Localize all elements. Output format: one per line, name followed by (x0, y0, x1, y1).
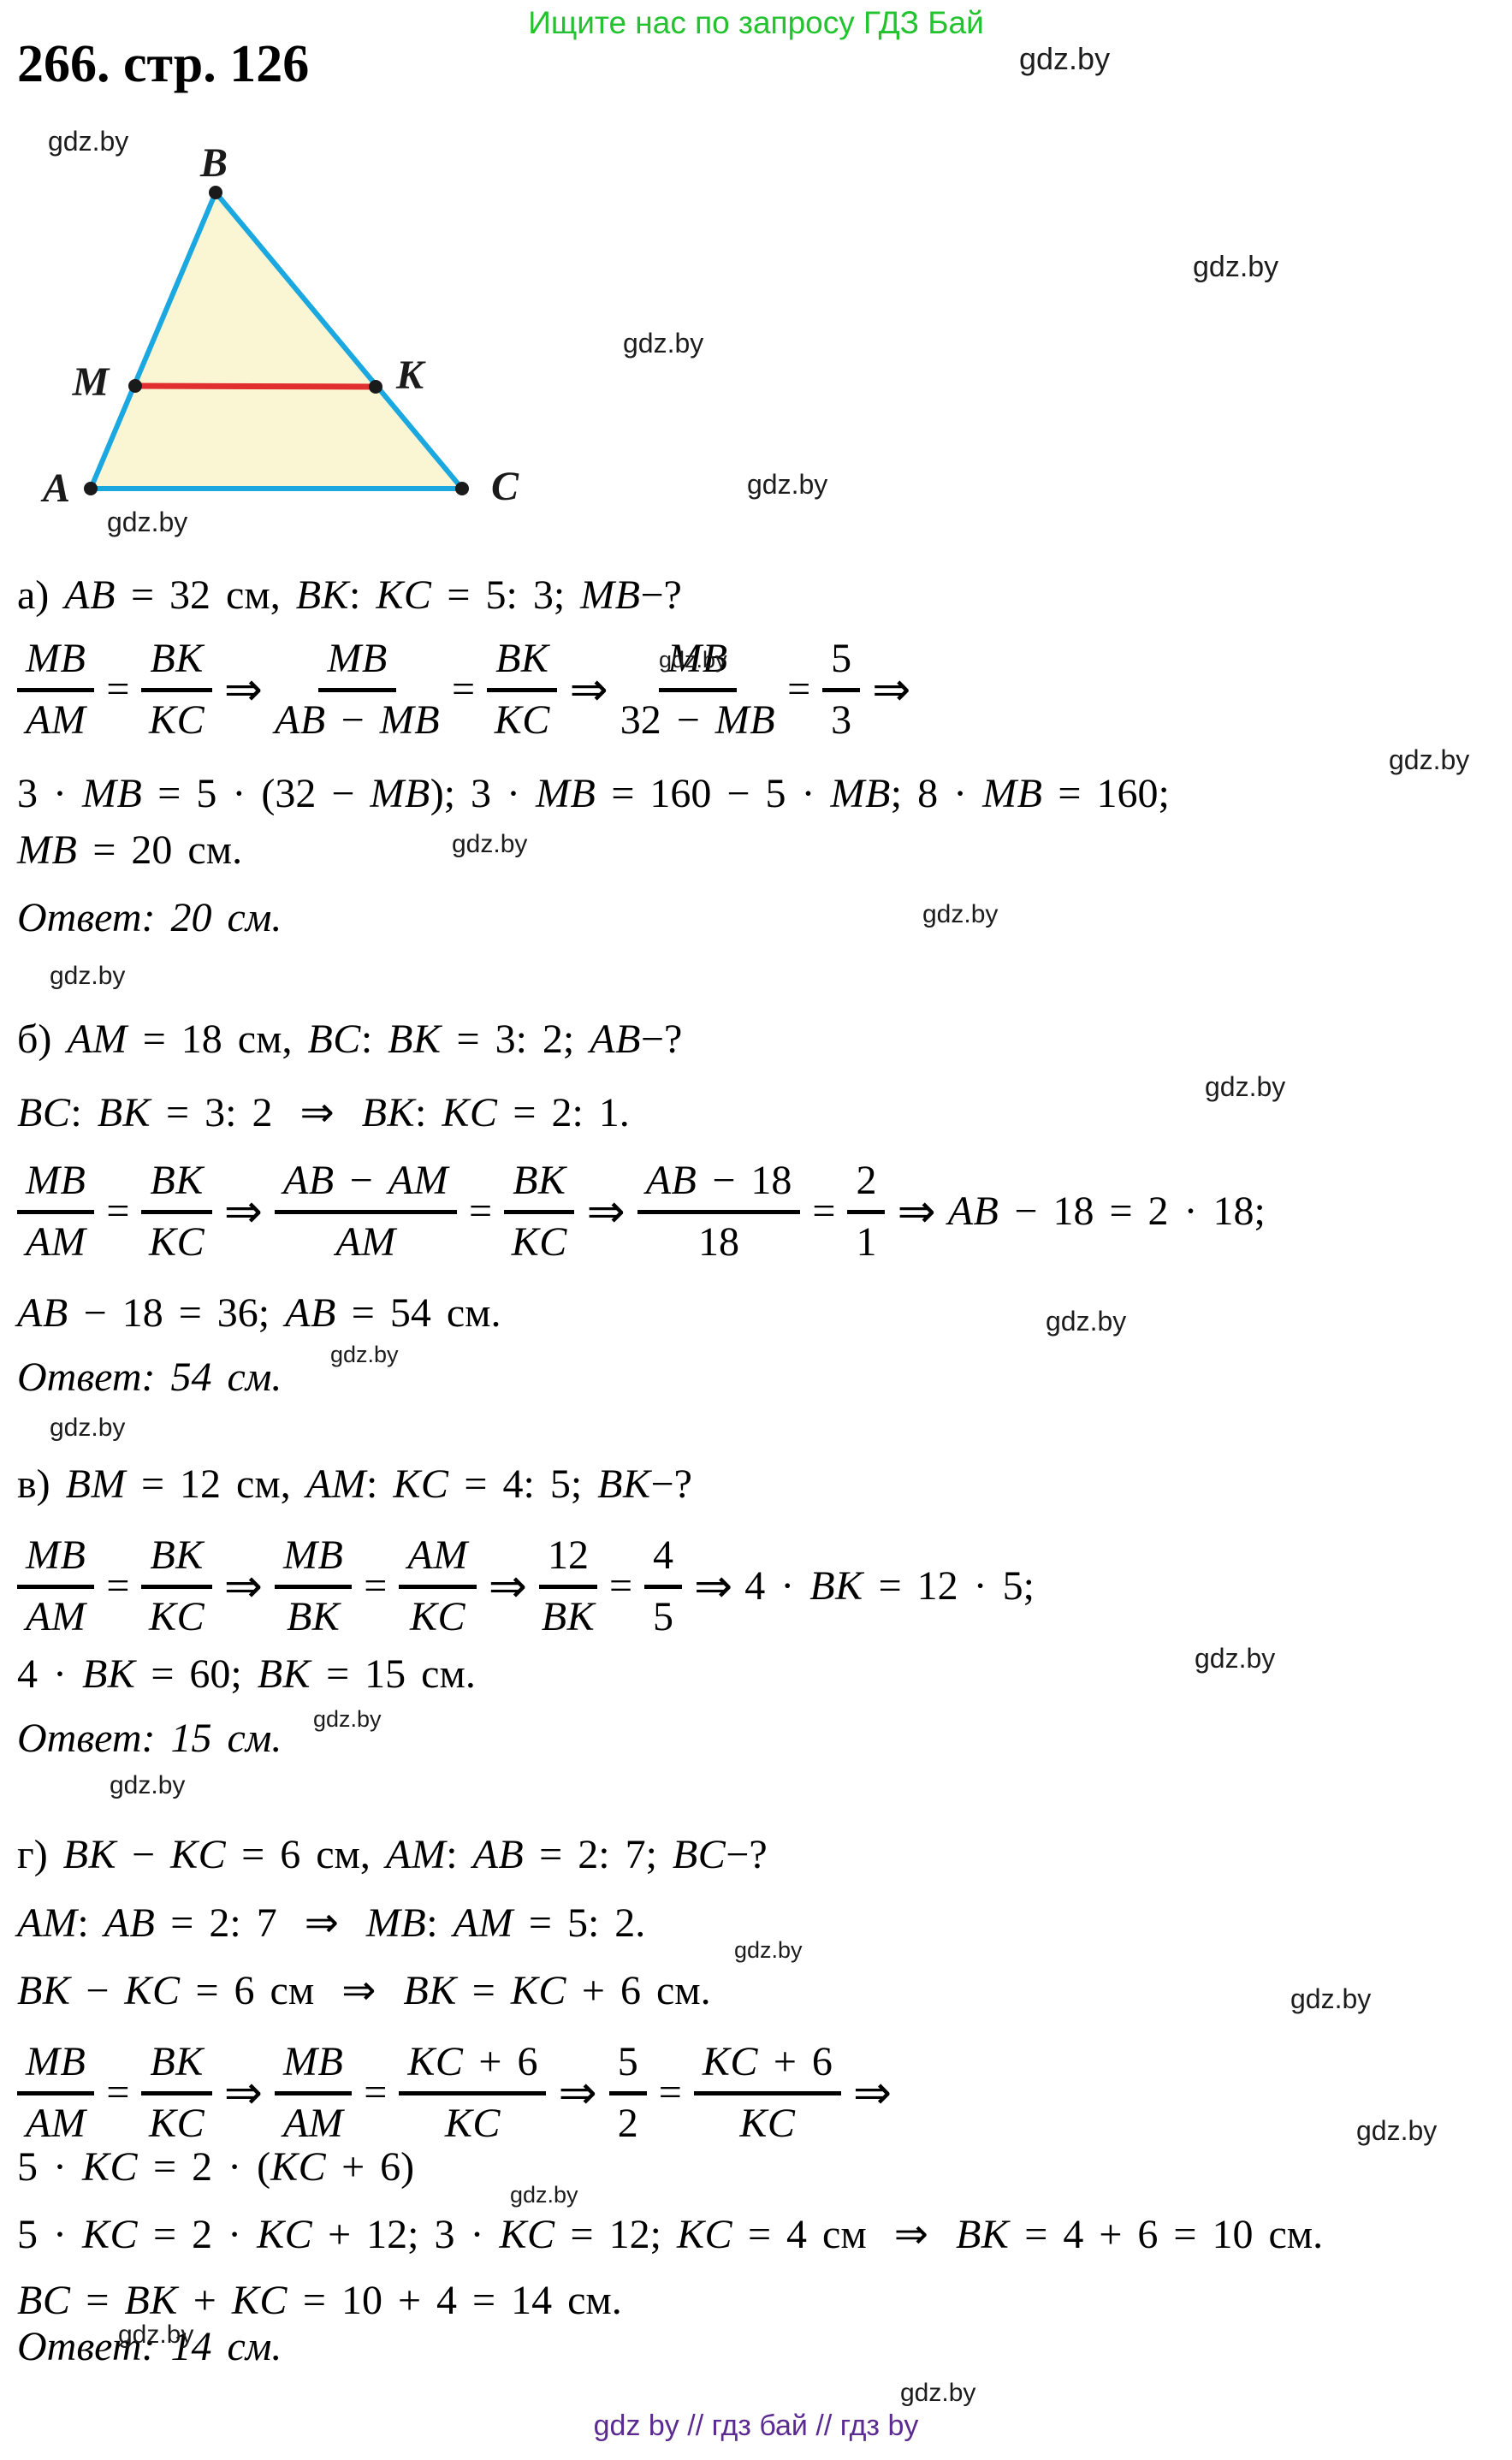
vertex-dot-a (84, 482, 98, 495)
watermark: gdz.by (734, 1937, 803, 1964)
fraction-denominator: 3 (831, 692, 851, 742)
math-variable: MB (283, 1532, 343, 1578)
math-variable: KC (500, 2212, 555, 2257)
math-variable: KC (82, 2212, 138, 2257)
equals-sign: = (106, 1562, 129, 1609)
vertex-label-a: A (40, 465, 70, 511)
fraction-denominator: KC (149, 2095, 205, 2145)
math-variable: AB (948, 1189, 999, 1234)
implies-arrow-icon: ⇒ (694, 1559, 732, 1613)
math-variable: MB (26, 2039, 86, 2084)
fraction-denominator: 32 − MB (620, 692, 775, 742)
math-variable: KC (511, 1968, 566, 2013)
math-variable: MB (715, 697, 775, 743)
math-variable: AM (17, 1900, 77, 1946)
fraction-numerator: 12 (539, 1532, 597, 1588)
math-variable: BK (150, 2039, 203, 2084)
equals-sign: = (787, 666, 810, 713)
math-line: BK − KC = 6 см ⇒ BK = KC + 6 см. (17, 1966, 711, 2014)
math-variable: AM (26, 1594, 86, 1639)
fraction: KC + 6KC (399, 2039, 546, 2145)
math-text: AB − 18 = 2 · 18; (948, 1188, 1266, 1235)
fraction-numerator: MB (17, 636, 94, 691)
fraction-denominator: AM (26, 1589, 86, 1639)
fraction: 52 (609, 2039, 647, 2145)
fraction-numerator: BK (141, 636, 211, 691)
fraction: 53 (822, 636, 860, 742)
math-line: 4 · BK = 60; BK = 15 см. (17, 1651, 476, 1698)
fraction-denominator: AM (335, 1214, 395, 1264)
vertex-label-b: B (199, 140, 228, 186)
watermark: gdz.by (1046, 1306, 1126, 1337)
vertex-dot-m (128, 379, 142, 393)
math-text: г) BK − KC = 6 см, AM: AB = 2: 7; BC−? (17, 1832, 768, 1877)
watermark: gdz.by (50, 962, 125, 991)
equals-sign: = (106, 666, 129, 713)
implies-arrow-icon: ⇒ (224, 1184, 263, 1238)
math-line: AM: AB = 2: 7 ⇒ MB: AM = 5: 2. (17, 1899, 645, 1947)
math-variable: KC (149, 2101, 205, 2146)
fraction-denominator: KC (149, 1589, 205, 1639)
fraction-denominator: AM (26, 692, 86, 742)
math-variable: KC (149, 1594, 205, 1639)
equals-sign: = (812, 1188, 835, 1235)
answer-line: Ответ: 15 см. (17, 1715, 282, 1762)
math-line: BC: BK = 3: 2 ⇒ BK: KC = 2: 1. (17, 1088, 630, 1136)
math-variable: AB (104, 1900, 156, 1946)
fraction-denominator: KC (445, 2095, 501, 2145)
math-variable: BK (362, 1090, 415, 1135)
math-text: Ответ: 15 см. (17, 1716, 282, 1761)
math-variable: KC (170, 1832, 226, 1877)
math-variable: BK (287, 1594, 340, 1639)
fraction-denominator: KC (410, 1589, 465, 1639)
watermark: gdz.by (922, 900, 998, 929)
fraction: MBAM (17, 1158, 94, 1264)
fraction: MBAM (275, 2039, 352, 2145)
math-variable: MB (366, 1900, 426, 1946)
implies-arrow-icon: ⇒ (299, 1088, 334, 1136)
math-variable: AM (283, 2101, 343, 2146)
math-line: MBAM=BKKC⇒MBAB − MB=BKKC⇒MB32 − MB=53⇒ (17, 620, 922, 757)
fraction: MBBK (275, 1532, 352, 1639)
math-variable: BK (150, 1532, 203, 1578)
math-variable: BK (82, 1651, 135, 1697)
triangle-shape (91, 193, 462, 489)
math-variable: AB (275, 697, 326, 743)
watermark: gdz.by (1290, 1983, 1371, 2015)
fraction: KC + 6KC (694, 2039, 841, 2145)
equals-sign: = (364, 1562, 387, 1609)
vertex-dot-b (209, 186, 222, 199)
fraction-numerator: KC + 6 (399, 2039, 546, 2095)
fraction: AB − 1818 (637, 1158, 801, 1264)
math-variable: BK (150, 1158, 203, 1203)
watermark: gdz.by (623, 328, 703, 359)
fraction-denominator: BK (287, 1589, 340, 1639)
implies-arrow-icon: ⇒ (586, 1184, 625, 1238)
fraction: BKKC (487, 636, 557, 742)
math-line: MBAM=BKKC⇒AB − AMAM=BKKC⇒AB − 1818=21⇒AB… (17, 1142, 1266, 1279)
implies-arrow-icon: ⇒ (305, 1899, 339, 1947)
math-text: BC = BK + KC = 10 + 4 = 14 см. (17, 2278, 622, 2323)
math-variable: BK (403, 1968, 456, 2013)
implies-arrow-icon: ⇒ (489, 1559, 527, 1613)
implies-arrow-icon: ⇒ (569, 662, 608, 716)
math-variable: AB (590, 1017, 641, 1062)
vertex-label-c: C (491, 464, 519, 509)
math-line: а) AB = 32 см, BK: KC = 5: 3; MB−? (17, 572, 682, 619)
math-text: MB = 20 см. (17, 827, 242, 873)
watermark: gdz.by (330, 1342, 399, 1368)
watermark: gdz.by (1019, 41, 1110, 77)
math-text: Ответ: 20 см. (17, 895, 282, 940)
watermark: gdz.by (1193, 251, 1278, 284)
math-text: 5 · KC = 2 · KC + 12; 3 · KC = 12; KC = … (17, 2212, 1323, 2257)
watermark: gdz.by (747, 469, 827, 501)
vertex-label-k: K (395, 353, 426, 398)
fraction-numerator: 4 (644, 1532, 682, 1588)
fraction-numerator: AB − 18 (637, 1158, 801, 1213)
fraction-denominator: 5 (653, 1589, 673, 1639)
fraction-numerator: MB (17, 1532, 94, 1588)
fraction-denominator: KC (149, 692, 205, 742)
math-variable: MB (380, 697, 440, 743)
fraction: MBAM (17, 1532, 94, 1639)
fraction: BKKC (141, 1158, 211, 1264)
math-variable: BK (124, 2278, 177, 2323)
math-variable: MB (26, 1158, 86, 1203)
implies-arrow-icon: ⇒ (224, 662, 263, 716)
math-variable: KC (82, 2144, 138, 2190)
fraction-numerator: KC + 6 (694, 2039, 841, 2095)
math-text: 4 · BK = 60; BK = 15 см. (17, 1651, 476, 1697)
implies-arrow-icon: ⇒ (224, 2066, 263, 2119)
math-variable: AB (473, 1832, 525, 1877)
math-line: MB = 20 см. (17, 827, 242, 874)
math-variable: KC (270, 2144, 326, 2190)
math-line: 5 · KC = 2 · (KC + 6) (17, 2143, 414, 2190)
implies-arrow-icon: ⇒ (894, 2210, 928, 2258)
math-variable: BK (597, 1461, 650, 1507)
equals-sign: = (659, 2069, 682, 2116)
watermark: gdz.by (1356, 2115, 1437, 2147)
fraction-numerator: BK (141, 2039, 211, 2095)
fraction: 45 (644, 1532, 682, 1639)
fraction-numerator: BK (141, 1158, 211, 1213)
math-variable: BK (513, 1158, 566, 1203)
math-variable: KC (739, 2101, 795, 2146)
fraction-numerator: MB (318, 636, 395, 691)
fraction-numerator: BK (487, 636, 557, 691)
fraction: BKKC (141, 636, 211, 742)
answer-line: Ответ: 54 см. (17, 1354, 282, 1401)
watermark: gdz.by (510, 2182, 578, 2208)
vertex-dot-k (369, 380, 382, 394)
math-text: а) AB = 32 см, BK: KC = 5: 3; MB−? (17, 572, 682, 618)
math-variable: MB (82, 771, 142, 816)
fraction-numerator: MB (275, 1532, 352, 1588)
midsegment-mk (135, 386, 376, 387)
math-variable: AM (454, 1900, 513, 1946)
watermark: gdz.by (50, 1414, 125, 1443)
vertex-label-m: M (72, 359, 111, 405)
math-variable: AM (26, 697, 86, 743)
math-variable: BK (809, 1563, 863, 1609)
implies-arrow-icon: ⇒ (341, 1966, 376, 2014)
implies-arrow-icon: ⇒ (224, 1559, 263, 1613)
math-variable: KC (393, 1461, 448, 1507)
math-variable: AB (283, 1158, 335, 1203)
math-variable: AM (386, 1832, 446, 1877)
math-variable: KC (407, 2039, 463, 2084)
math-text: BC: BK = 3: 2 ⇒ BK: KC = 2: 1. (17, 1090, 630, 1135)
fraction-numerator: BK (141, 1532, 211, 1588)
fraction: 12BK (539, 1532, 597, 1639)
equals-sign: = (452, 666, 475, 713)
math-variable: MB (580, 572, 640, 618)
math-variable: AM (335, 1219, 395, 1265)
math-variable: AB (646, 1158, 697, 1203)
math-variable: AM (26, 1219, 86, 1265)
implies-arrow-icon: ⇒ (853, 2066, 892, 2119)
math-variable: BK (956, 2212, 1009, 2257)
watermark: gdz.by (313, 1706, 382, 1733)
math-text: BK − KC = 6 см ⇒ BK = KC + 6 см. (17, 1968, 711, 2013)
math-variable: BK (388, 1017, 441, 1062)
watermark: gdz.by (452, 830, 527, 859)
equals-sign: = (469, 1188, 492, 1235)
math-variable: KC (410, 1594, 465, 1639)
math-text: AB − 18 = 36; AB = 54 см. (17, 1290, 501, 1336)
math-variable: KC (257, 2212, 312, 2257)
math-variable: MB (536, 771, 596, 816)
page-title: 266. стр. 126 (17, 34, 309, 95)
footer-text: gdz by // гдз бай // гдз by (0, 2410, 1512, 2443)
math-line: MBAM=BKKC⇒MBAM=KC + 6KC⇒52=KC + 6KC⇒ (17, 2024, 904, 2161)
math-variable: MB (17, 827, 77, 873)
fraction-numerator: AB − AM (275, 1158, 457, 1213)
math-variable: BK (495, 636, 548, 681)
fraction: BKKC (141, 1532, 211, 1639)
fraction-denominator: AB − MB (275, 692, 440, 742)
math-variable: KC (124, 1968, 180, 2013)
watermark: gdz.by (1389, 744, 1469, 776)
math-variable: MB (327, 636, 387, 681)
math-text: б) AM = 18 см, BC: BK = 3: 2; AB−? (17, 1017, 682, 1062)
fraction-denominator: 2 (618, 2095, 638, 2145)
equals-sign: = (106, 1188, 129, 1235)
implies-arrow-icon: ⇒ (872, 662, 910, 716)
math-variable: AM (388, 1158, 448, 1203)
math-text: 4 · BK = 12 · 5; (744, 1562, 1035, 1609)
math-variable: BC (17, 1090, 70, 1135)
math-variable: BC (673, 1832, 726, 1877)
math-variable: MB (283, 2039, 343, 2084)
page: Ищите нас по запросу ГДЗ Бай 266. стр. 1… (0, 0, 1512, 2460)
math-variable: AB (285, 1290, 336, 1336)
equals-sign: = (106, 2069, 129, 2116)
fraction-denominator: BK (542, 1589, 595, 1639)
math-variable: AM (306, 1461, 366, 1507)
math-variable: BC (307, 1017, 360, 1062)
math-line: б) AM = 18 см, BC: BK = 3: 2; AB−? (17, 1016, 682, 1063)
fraction-numerator: 2 (847, 1158, 885, 1213)
fraction: MBAB − MB (275, 636, 440, 742)
fraction-numerator: AM (399, 1532, 476, 1588)
math-variable: BK (150, 636, 203, 681)
fraction: AB − AMAM (275, 1158, 457, 1264)
math-variable: BK (542, 1594, 595, 1639)
math-variable: BK (296, 572, 349, 618)
triangle-diagram: ABCMK (0, 128, 599, 535)
math-variable: AB (64, 572, 116, 618)
math-variable: BK (98, 1090, 151, 1135)
math-variable: MB (370, 771, 430, 816)
math-variable: KC (149, 1219, 205, 1265)
math-variable: MB (26, 1532, 86, 1578)
math-line: AB − 18 = 36; AB = 54 см. (17, 1289, 501, 1337)
math-variable: KC (445, 2101, 501, 2146)
math-variable: AM (67, 1017, 127, 1062)
fraction: BKKC (504, 1158, 574, 1264)
equals-sign: = (364, 2069, 387, 2116)
fraction-denominator: 18 (698, 1214, 739, 1264)
math-line: 3 · MB = 5 · (32 − MB); 3 · MB = 160 − 5… (17, 770, 1170, 817)
fraction-numerator: MB (275, 2039, 352, 2095)
math-line: г) BK − KC = 6 см, AM: AB = 2: 7; BC−? (17, 1831, 768, 1878)
math-variable: BK (258, 1651, 311, 1697)
watermark: gdz.by (900, 2379, 975, 2408)
implies-arrow-icon: ⇒ (558, 2066, 596, 2119)
math-text: Ответ: 54 см. (17, 1354, 282, 1400)
math-variable: AM (407, 1532, 467, 1578)
fraction-denominator: KC (739, 2095, 795, 2145)
math-line: BC = BK + KC = 10 + 4 = 14 см. (17, 2277, 622, 2324)
math-line: 5 · KC = 2 · KC + 12; 3 · KC = 12; KC = … (17, 2210, 1323, 2258)
math-variable: BM (66, 1461, 126, 1507)
fraction: BKKC (141, 2039, 211, 2145)
fraction: 21 (847, 1158, 885, 1264)
math-variable: BK (17, 1968, 70, 2013)
fraction: MBAM (17, 2039, 94, 2145)
math-text: 3 · MB = 5 · (32 − MB); 3 · MB = 160 − 5… (17, 771, 1170, 816)
math-text: AM: AB = 2: 7 ⇒ MB: AM = 5: 2. (17, 1900, 645, 1946)
fraction-denominator: AM (26, 1214, 86, 1264)
fraction-denominator: AM (283, 2095, 343, 2145)
math-variable: MB (830, 771, 890, 816)
math-variable: BK (63, 1832, 116, 1877)
fraction-denominator: KC (495, 692, 550, 742)
math-variable: KC (232, 2278, 288, 2323)
watermark: gdz.by (1195, 1643, 1275, 1675)
fraction-numerator: 5 (822, 636, 860, 691)
math-variable: KC (149, 697, 205, 743)
watermark: gdz.by (48, 126, 128, 157)
fraction-numerator: BK (504, 1158, 574, 1213)
fraction-denominator: AM (26, 2095, 86, 2145)
math-variable: MB (26, 636, 86, 681)
math-variable: KC (376, 572, 431, 618)
implies-arrow-icon: ⇒ (897, 1184, 935, 1238)
math-variable: MB (982, 771, 1042, 816)
triangle-figure: ABCMK (0, 128, 599, 539)
watermark: gdz.by (107, 507, 187, 538)
watermark: gdz.by (659, 647, 727, 673)
math-line: в) BM = 12 см, AM: KC = 4: 5; BK−? (17, 1461, 692, 1508)
math-text: в) BM = 12 см, AM: KC = 4: 5; BK−? (17, 1461, 692, 1507)
watermark: gdz.by (118, 2321, 193, 2350)
math-variable: KC (677, 2212, 732, 2257)
math-variable: KC (495, 697, 550, 743)
watermark: gdz.by (110, 1771, 185, 1800)
math-variable: AB (17, 1290, 68, 1336)
vertex-dot-c (455, 482, 469, 495)
watermark: gdz.by (1205, 1071, 1285, 1103)
answer-line: Ответ: 20 см. (17, 894, 282, 941)
fraction-numerator: 5 (609, 2039, 647, 2095)
fraction: AMKC (399, 1532, 476, 1639)
fraction-numerator: MB (17, 1158, 94, 1213)
fraction: MBAM (17, 636, 94, 742)
fraction-denominator: 1 (856, 1214, 876, 1264)
math-variable: AM (26, 2101, 86, 2146)
math-variable: KC (703, 2039, 758, 2084)
math-variable: KC (512, 1219, 567, 1265)
math-text: 5 · KC = 2 · (KC + 6) (17, 2144, 414, 2190)
math-variable: KC (442, 1090, 497, 1135)
fraction-denominator: KC (149, 1214, 205, 1264)
math-variable: BC (17, 2278, 70, 2323)
math-line: MBAM=BKKC⇒MBBK=AMKC⇒12BK=45⇒4 · BK = 12 … (17, 1517, 1035, 1654)
equals-sign: = (609, 1562, 632, 1609)
fraction-denominator: KC (512, 1214, 567, 1264)
fraction-numerator: MB (17, 2039, 94, 2095)
